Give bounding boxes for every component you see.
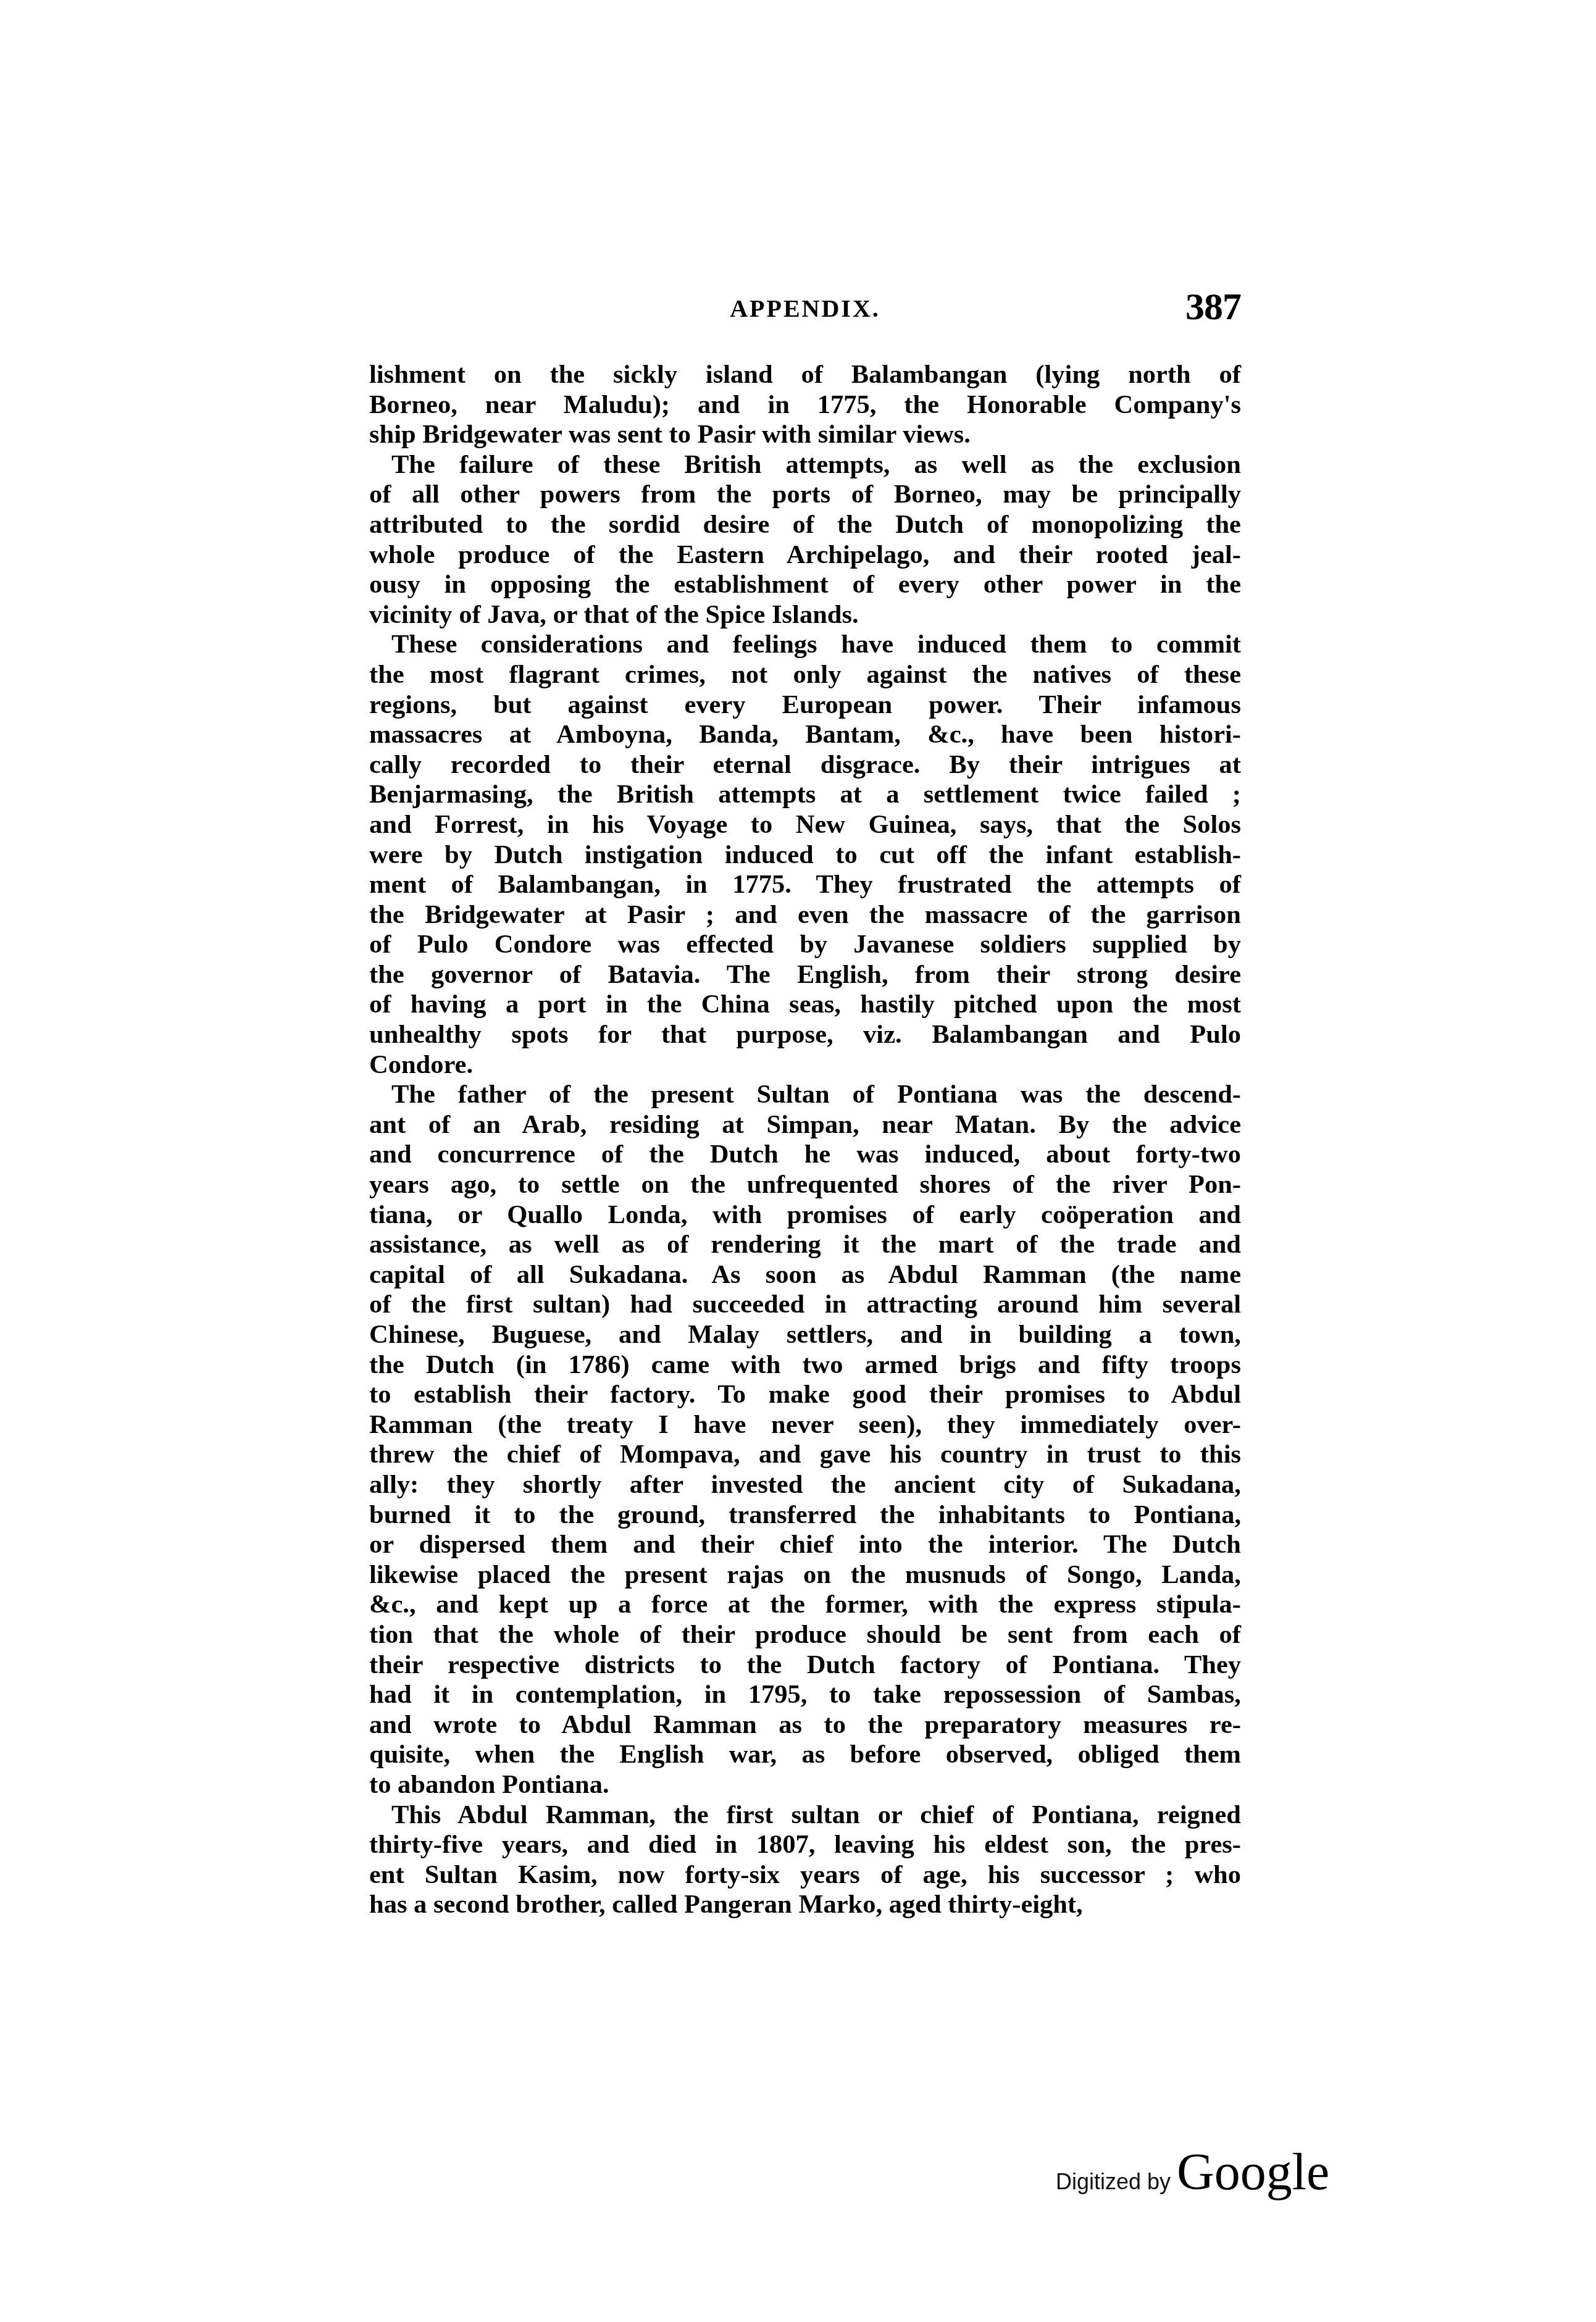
text-line: vicinity of Java, or that of the Spice I…: [369, 600, 1241, 630]
text-line: ousy in opposing the establishment of ev…: [369, 570, 1241, 600]
book-page: APPENDIX. 387 lishment on the sickly isl…: [0, 0, 1596, 2322]
text-line: thirty-five years, and died in 1807, lea…: [369, 1830, 1241, 1860]
text-line: unhealthy spots for that purpose, viz. B…: [369, 1020, 1241, 1050]
text-line: cally recorded to their eternal disgrace…: [369, 750, 1241, 780]
text-line: their respective districts to the Dutch …: [369, 1650, 1241, 1681]
text-line: quisite, when the English war, as before…: [369, 1740, 1241, 1770]
text-line: ant of an Arab, residing at Simpan, near…: [369, 1110, 1241, 1140]
text-line: the Bridgewater at Pasir ; and even the …: [369, 900, 1241, 930]
text-line: or dispersed them and their chief into t…: [369, 1530, 1241, 1560]
text-line: tiana, or Quallo Londa, with promises of…: [369, 1200, 1241, 1230]
text-line: whole produce of the Eastern Archipelago…: [369, 540, 1241, 570]
running-title: APPENDIX.: [369, 294, 1241, 323]
paragraph: lishment on the sickly island of Balamba…: [369, 360, 1241, 450]
text-line: Chinese, Buguese, and Malay settlers, an…: [369, 1320, 1241, 1350]
text-line: tion that the whole of their produce sho…: [369, 1620, 1241, 1650]
body-text: lishment on the sickly island of Balamba…: [369, 360, 1241, 1920]
paragraph: The father of the present Sultan of Pont…: [369, 1080, 1241, 1800]
text-line: has a second brother, called Pangeran Ma…: [369, 1890, 1241, 1920]
text-line: Ramman (the treaty I have never seen), t…: [369, 1410, 1241, 1440]
text-line: The failure of these British attempts, a…: [369, 450, 1241, 480]
text-line: and concurrence of the Dutch he was indu…: [369, 1140, 1241, 1170]
text-line: the governor of Batavia. The English, fr…: [369, 960, 1241, 990]
text-line: ment of Balambangan, in 1775. They frust…: [369, 870, 1241, 900]
text-line: These considerations and feelings have i…: [369, 630, 1241, 660]
text-line: and wrote to Abdul Ramman as to the prep…: [369, 1710, 1241, 1740]
google-logo: Google: [1177, 2144, 1329, 2201]
text-line: capital of all Sukadana. As soon as Abdu…: [369, 1260, 1241, 1290]
text-line: likewise placed the present rajas on the…: [369, 1560, 1241, 1590]
watermark-prefix: Digitized by: [1056, 2169, 1171, 2194]
text-line: the most flagrant crimes, not only again…: [369, 660, 1241, 690]
text-line: lishment on the sickly island of Balamba…: [369, 360, 1241, 390]
text-line: Condore.: [369, 1050, 1241, 1080]
text-line: ent Sultan Kasim, now forty-six years of…: [369, 1860, 1241, 1890]
text-line: massacres at Amboyna, Banda, Bantam, &c.…: [369, 720, 1241, 750]
text-line: had it in contemplation, in 1795, to tak…: [369, 1680, 1241, 1710]
text-line: attributed to the sordid desire of the D…: [369, 510, 1241, 540]
text-line: &c., and kept up a force at the former, …: [369, 1590, 1241, 1620]
text-line: This Abdul Ramman, the first sultan or c…: [369, 1800, 1241, 1831]
text-line: ally: they shortly after invested the an…: [369, 1470, 1241, 1500]
text-line: assistance, as well as of rendering it t…: [369, 1230, 1241, 1260]
paragraph: This Abdul Ramman, the first sultan or c…: [369, 1800, 1241, 1920]
text-line: Benjarmasing, the British attempts at a …: [369, 780, 1241, 810]
text-line: ship Bridgewater was sent to Pasir with …: [369, 420, 1241, 450]
text-line: and Forrest, in his Voyage to New Guinea…: [369, 810, 1241, 840]
text-line: to abandon Pontiana.: [369, 1770, 1241, 1800]
paragraph: The failure of these British attempts, a…: [369, 450, 1241, 630]
running-header: APPENDIX. 387: [369, 289, 1241, 338]
text-line: Borneo, near Maludu); and in 1775, the H…: [369, 390, 1241, 420]
text-line: years ago, to settle on the unfrequented…: [369, 1170, 1241, 1200]
text-line: burned it to the ground, transferred the…: [369, 1500, 1241, 1531]
text-line: to establish their factory. To make good…: [369, 1380, 1241, 1410]
text-line: of having a port in the China seas, hast…: [369, 990, 1241, 1020]
text-line: The father of the present Sultan of Pont…: [369, 1080, 1241, 1110]
text-line: were by Dutch instigation induced to cut…: [369, 840, 1241, 871]
text-line: of the first sultan) had succeeded in at…: [369, 1290, 1241, 1320]
text-line: of all other powers from the ports of Bo…: [369, 480, 1241, 510]
text-line: regions, but against every European powe…: [369, 690, 1241, 720]
text-line: threw the chief of Mompava, and gave his…: [369, 1440, 1241, 1470]
paragraph: These considerations and feelings have i…: [369, 630, 1241, 1080]
digitized-by-google-watermark: Digitized by Google: [1056, 2142, 1329, 2198]
text-line: the Dutch (in 1786) came with two armed …: [369, 1350, 1241, 1380]
page-number: 387: [1185, 285, 1241, 329]
text-line: of Pulo Condore was effected by Javanese…: [369, 930, 1241, 960]
